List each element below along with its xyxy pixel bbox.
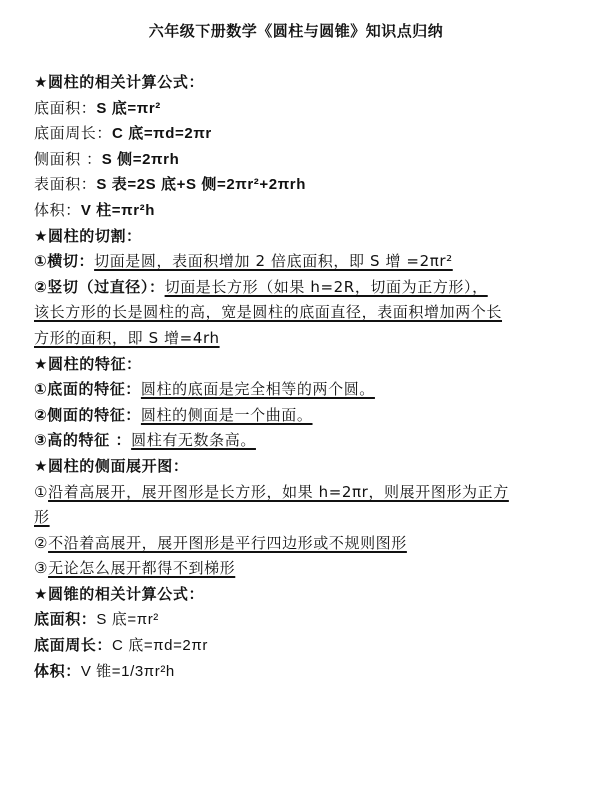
section-heading-lateral-unfold: ★圆柱的侧面展开图： bbox=[34, 454, 564, 480]
formula: S 侧=2πrh bbox=[102, 151, 180, 168]
cone-base-area: 底面积：S 底=πr² bbox=[34, 607, 564, 633]
description: 该长方形的长是圆柱的高，宽是圆柱的底面直径，表面积增加两个长 bbox=[34, 303, 502, 321]
unfold-along-height-continued: 形 bbox=[34, 505, 564, 531]
description: 形 bbox=[34, 508, 50, 526]
formula-surface-area: 表面积：S 表=2S 底+S 侧=2πr²+2πrh bbox=[34, 172, 564, 198]
formula-base-circumference: 底面周长：C 底=πd=2πr bbox=[34, 121, 564, 147]
label: 底面积： bbox=[34, 99, 96, 117]
description: 沿着高展开，展开图形是长方形，如果 h=2πr，则展开图形为正方 bbox=[48, 483, 509, 501]
formula-base-area: 底面积：S 底=πr² bbox=[34, 96, 564, 122]
description: 圆柱的底面是完全相等的两个圆。 bbox=[141, 380, 375, 398]
section-heading-cylinder-features: ★圆柱的特征： bbox=[34, 352, 564, 378]
label: 侧面积 ： bbox=[34, 150, 102, 168]
cut-vertical-continued-1: 该长方形的长是圆柱的高，宽是圆柱的底面直径，表面积增加两个长 bbox=[34, 300, 564, 326]
formula: S 表=2S 底+S 侧=2πr²+2πrh bbox=[96, 176, 306, 193]
formula: S 底=πr² bbox=[96, 100, 160, 117]
document-title: 六年级下册数学《圆柱与圆锥》知识点归纳 bbox=[0, 20, 592, 41]
description: 方形的面积，即 S 增=4rh bbox=[34, 329, 220, 347]
label: 体积： bbox=[34, 201, 81, 219]
section-heading-cylinder-cutting: ★圆柱的切割： bbox=[34, 224, 564, 250]
formula-lateral-area: 侧面积 ：S 侧=2πrh bbox=[34, 147, 564, 173]
cone-volume: 体积：V 锥=1/3πr²h bbox=[34, 659, 564, 685]
feature-lateral: ②侧面的特征：圆柱的侧面是一个曲面。 bbox=[34, 403, 564, 429]
description: 不沿着高展开，展开图形是平行四边形或不规则图形 bbox=[48, 534, 407, 552]
feature-height: ③高的特征 ：圆柱有无数条高。 bbox=[34, 428, 564, 454]
unfold-no-trapezoid: ③无论怎么展开都得不到梯形 bbox=[34, 556, 564, 582]
formula: C 底=πd=2πr bbox=[112, 637, 208, 654]
unfold-not-along-height: ②不沿着高展开，展开图形是平行四边形或不规则图形 bbox=[34, 531, 564, 557]
cut-vertical: ②竖切（过直径）：切面是长方形（如果 h=2R，切面为正方形）， bbox=[34, 275, 564, 301]
cone-base-circumference: 底面周长：C 底=πd=2πr bbox=[34, 633, 564, 659]
label: 底面周长： bbox=[34, 124, 112, 142]
label: ③ bbox=[34, 559, 48, 577]
section-heading-cylinder-formulas: ★圆柱的相关计算公式： bbox=[34, 70, 564, 96]
label: ③高的特征 ： bbox=[34, 431, 131, 449]
formula: C 底=πd=2πr bbox=[112, 125, 212, 142]
description: 切面是长方形（如果 h=2R，切面为正方形）， bbox=[165, 278, 488, 296]
label: 体积： bbox=[34, 662, 81, 680]
label: ② bbox=[34, 534, 48, 552]
description: 无论怎么展开都得不到梯形 bbox=[48, 559, 235, 577]
label: ①底面的特征： bbox=[34, 380, 141, 398]
formula: S 底=πr² bbox=[96, 611, 158, 628]
cut-vertical-continued-2: 方形的面积，即 S 增=4rh bbox=[34, 326, 564, 352]
label: 底面积： bbox=[34, 610, 96, 628]
formula: V 柱=πr²h bbox=[81, 202, 155, 219]
description: 切面是圆，表面积增加 2 倍底面积，即 S 增 =2πr² bbox=[94, 252, 453, 270]
description: 圆柱的侧面是一个曲面。 bbox=[141, 406, 313, 424]
label: ①横切： bbox=[34, 252, 94, 270]
cut-horizontal: ①横切：切面是圆，表面积增加 2 倍底面积，即 S 增 =2πr² bbox=[34, 249, 564, 275]
unfold-along-height: ①沿着高展开，展开图形是长方形，如果 h=2πr，则展开图形为正方 bbox=[34, 480, 564, 506]
description: 圆柱有无数条高。 bbox=[131, 431, 256, 449]
formula-volume: 体积：V 柱=πr²h bbox=[34, 198, 564, 224]
section-heading-cone-formulas: ★圆锥的相关计算公式： bbox=[34, 582, 564, 608]
label: ① bbox=[34, 483, 48, 501]
label: 表面积： bbox=[34, 175, 96, 193]
label: ②竖切（过直径）： bbox=[34, 278, 165, 296]
label: ②侧面的特征： bbox=[34, 406, 141, 424]
document-body: ★圆柱的相关计算公式： 底面积：S 底=πr² 底面周长：C 底=πd=2πr … bbox=[34, 70, 564, 684]
feature-base: ①底面的特征：圆柱的底面是完全相等的两个圆。 bbox=[34, 377, 564, 403]
formula: V 锥=1/3πr²h bbox=[81, 663, 175, 680]
label: 底面周长： bbox=[34, 636, 112, 654]
